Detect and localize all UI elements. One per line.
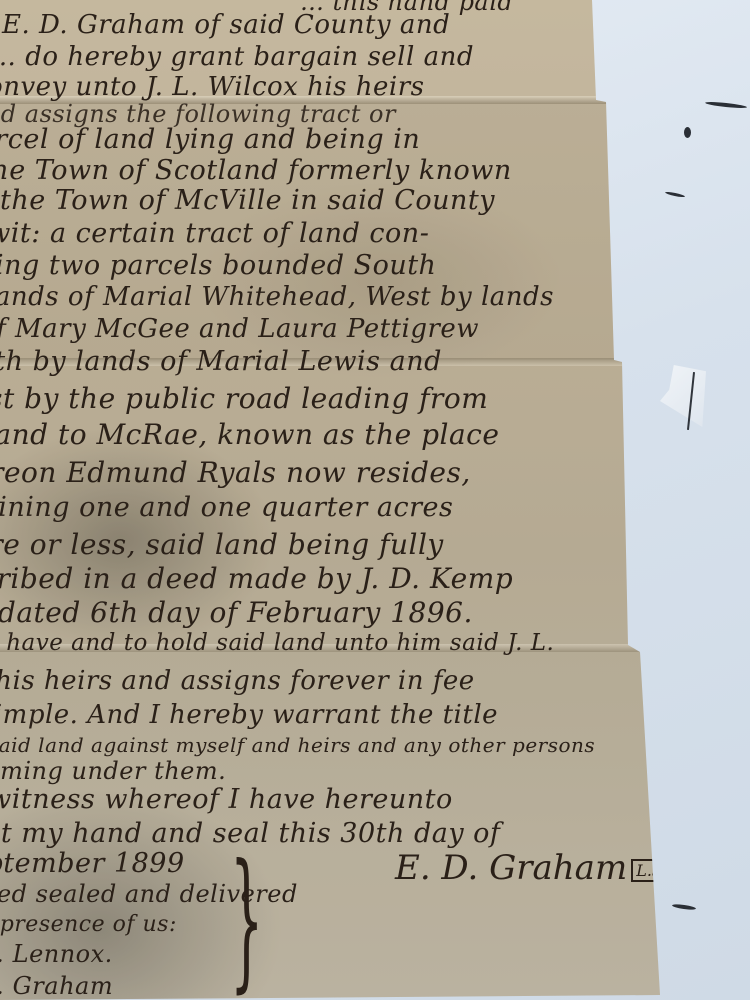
- surface-mark: [665, 191, 685, 198]
- deed-paper: … this hand paid E. D. Graham of said Co…: [0, 0, 680, 1000]
- deed-line: … dated 6th day of February 1896.: [0, 596, 473, 629]
- deed-line: described in a deed made by J. D. Kemp: [0, 562, 513, 595]
- surface-mark: [705, 101, 747, 109]
- deed-line: convey unto J. L. Wilcox his heirs: [0, 72, 425, 102]
- seal-mark: L.S.: [631, 859, 672, 882]
- deed-line: as the Town of McVille in said County: [0, 185, 495, 216]
- deed-line: containing one and one quarter acres: [0, 492, 453, 523]
- photo-stage: … this hand paid E. D. Graham of said Co…: [0, 0, 750, 1000]
- witness-line: … Lennox.: [0, 940, 113, 968]
- deed-line: whereon Edmund Ryals now resides,: [0, 456, 471, 489]
- deed-line: North by lands of Marial Lewis and: [0, 346, 442, 377]
- deed-line: E. D. Graham of said County and: [2, 10, 450, 40]
- surface-mark: [684, 127, 691, 138]
- deed-line: East by the public road leading from: [0, 382, 488, 415]
- paper-fragment: [660, 365, 706, 427]
- deed-line: … do hereby grant bargain sell and: [0, 42, 474, 72]
- deed-line: parcel of land lying and being in: [0, 124, 420, 155]
- deed-line: September 1899: [0, 848, 185, 879]
- deed-line: claiming under them.: [0, 757, 226, 785]
- signature-name: E. D. Graham: [395, 848, 627, 888]
- deed-line: Scotland to McRae, known as the place: [0, 418, 499, 451]
- grantor-signature: E. D. GrahamL.S.: [395, 848, 672, 888]
- witness-brace: }: [230, 845, 263, 995]
- deed-line: simple. And I hereby warrant the title: [0, 700, 498, 730]
- deed-line: … his heirs and assigns forever in fee: [0, 666, 475, 696]
- deed-line: by lands of Marial Whitehead, West by la…: [0, 282, 554, 312]
- witness-line: … Graham: [0, 972, 113, 1000]
- deed-line: the Town of Scotland formerly known: [0, 155, 512, 186]
- deed-line: to wit: a certain tract of land con-: [0, 218, 429, 249]
- deed-line: In witness whereof I have hereunto: [0, 784, 453, 815]
- deed-line: to said land against myself and heirs an…: [0, 733, 595, 757]
- deed-line: of Mary McGee and Laura Pettigrew: [0, 314, 479, 344]
- deed-line: taining two parcels bounded South: [0, 250, 436, 281]
- deed-line: more or less, said land being fully: [0, 528, 444, 561]
- surface-mark: [672, 903, 696, 910]
- deed-line: To have and to hold said land unto him s…: [0, 630, 554, 656]
- deed-line: in presence of us:: [0, 912, 177, 937]
